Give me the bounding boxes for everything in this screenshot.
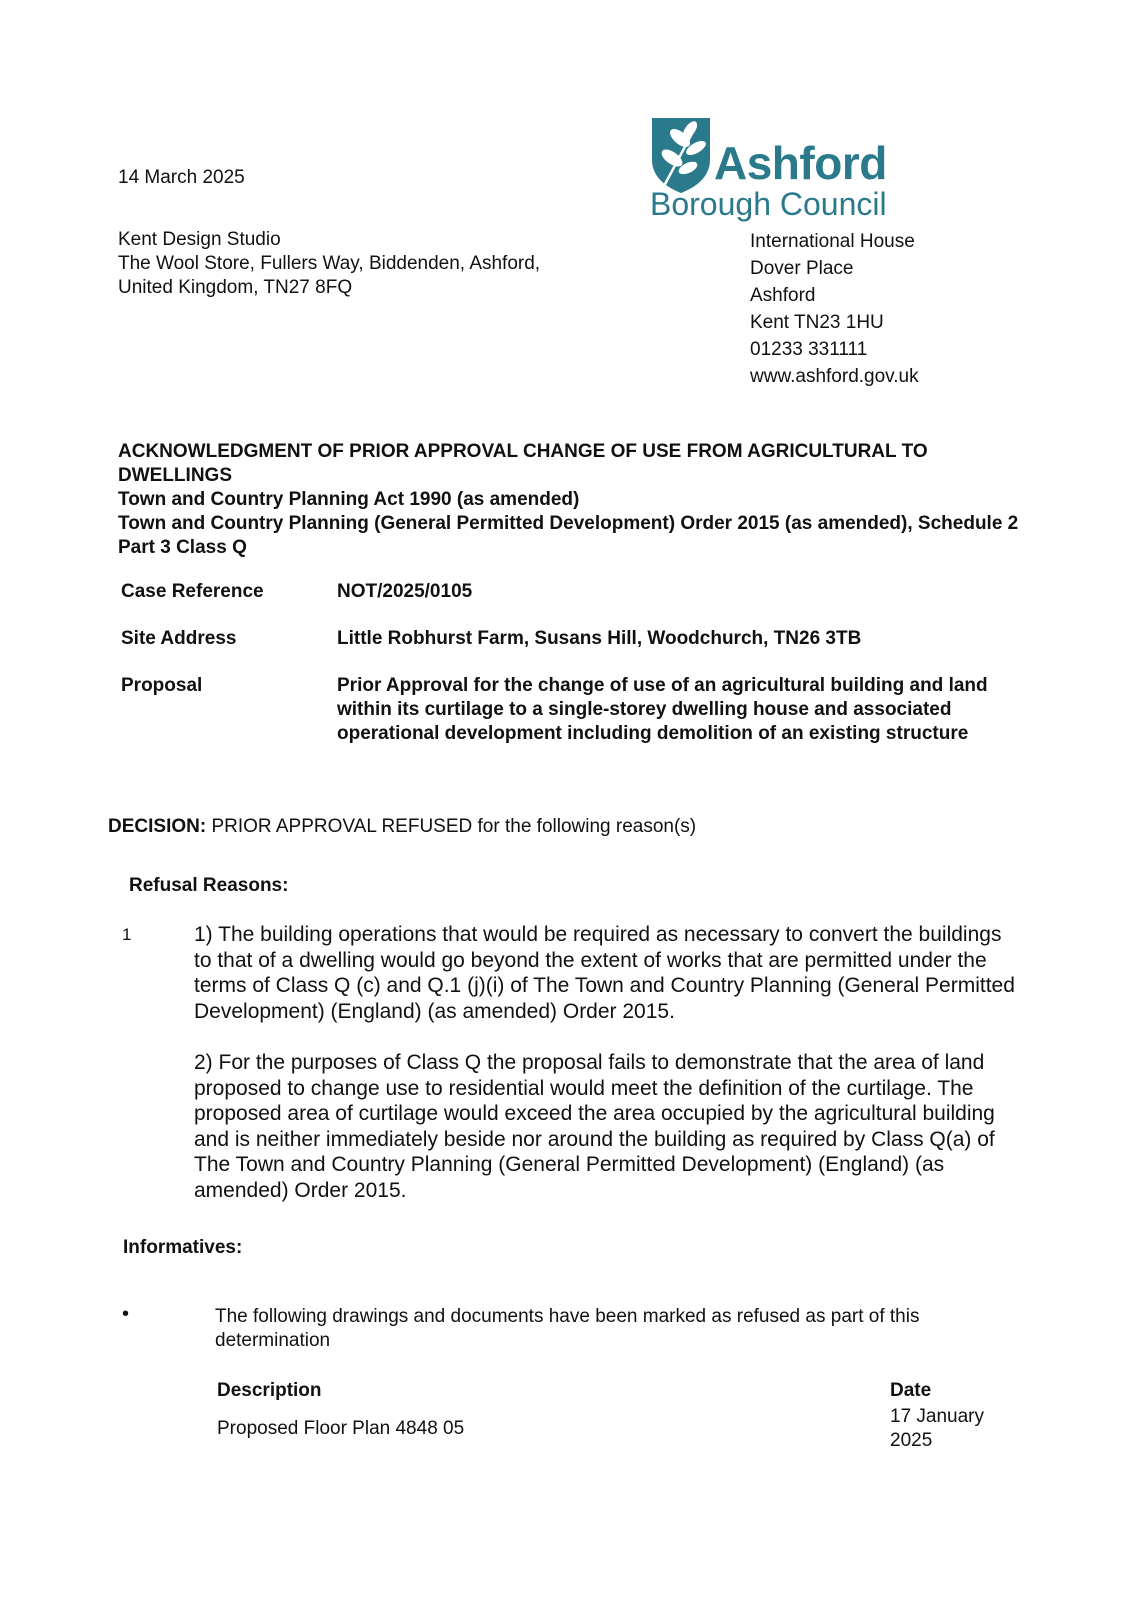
letter-date: 14 March 2025 [118,164,245,191]
case-reference-value: NOT/2025/0105 [337,580,1017,604]
heading-act: Town and Country Planning Act 1990 (as a… [118,488,1038,512]
recipient-name: Kent Design Studio [118,228,540,252]
heading-order: Town and Country Planning (General Permi… [118,512,1038,560]
council-address-line: Kent TN23 1HU [750,309,919,336]
council-logo: Ashford Borough Council [650,112,900,222]
refusal-reasons-title: Refusal Reasons: [129,875,288,897]
refusal-reason-2: 2) For the purposes of Class Q the propo… [194,1050,1024,1203]
informatives-text: The following drawings and documents hav… [215,1305,1015,1353]
council-address-line: International House [750,228,919,255]
heading-title: ACKNOWLEDGMENT OF PRIOR APPROVAL CHANGE … [118,440,1038,488]
refusal-reason-1: 1) The building operations that would be… [194,922,1024,1024]
decision-text: PRIOR APPROVAL REFUSED for the following… [206,816,696,837]
logo-subtitle: Borough Council [650,186,887,222]
site-address-value: Little Robhurst Farm, Susans Hill, Woodc… [337,627,1017,651]
decision-label: DECISION: [108,816,206,837]
council-address-line: Dover Place [750,255,919,282]
informatives-title: Informatives: [123,1237,242,1259]
council-website[interactable]: www.ashford.gov.uk [750,363,919,390]
council-address-line: Ashford [750,282,919,309]
recipient-address-line: The Wool Store, Fullers Way, Biddenden, … [118,252,540,276]
table-header-date: Date [890,1380,931,1402]
table-cell-description: Proposed Floor Plan 4848 05 [217,1418,464,1440]
proposal-value: Prior Approval for the change of use of … [337,674,1007,746]
reason-number: 1 [122,925,131,945]
table-header-description: Description [217,1380,322,1402]
logo-name: Ashford [714,138,887,188]
recipient-address-line: United Kingdom, TN27 8FQ [118,276,540,300]
recipient-address: Kent Design Studio The Wool Store, Fulle… [118,228,540,300]
case-reference-label: Case Reference [121,580,264,604]
bullet-icon: • [122,1303,129,1326]
shield-leaf-icon [650,116,712,194]
document-heading: ACKNOWLEDGMENT OF PRIOR APPROVAL CHANGE … [118,440,1038,560]
proposal-label: Proposal [121,674,202,698]
site-address-label: Site Address [121,627,236,651]
council-address: International House Dover Place Ashford … [750,228,919,390]
council-phone: 01233 331111 [750,336,919,363]
table-cell-date: 17 January 2025 [890,1405,1010,1453]
decision-line: DECISION: PRIOR APPROVAL REFUSED for the… [108,815,696,839]
